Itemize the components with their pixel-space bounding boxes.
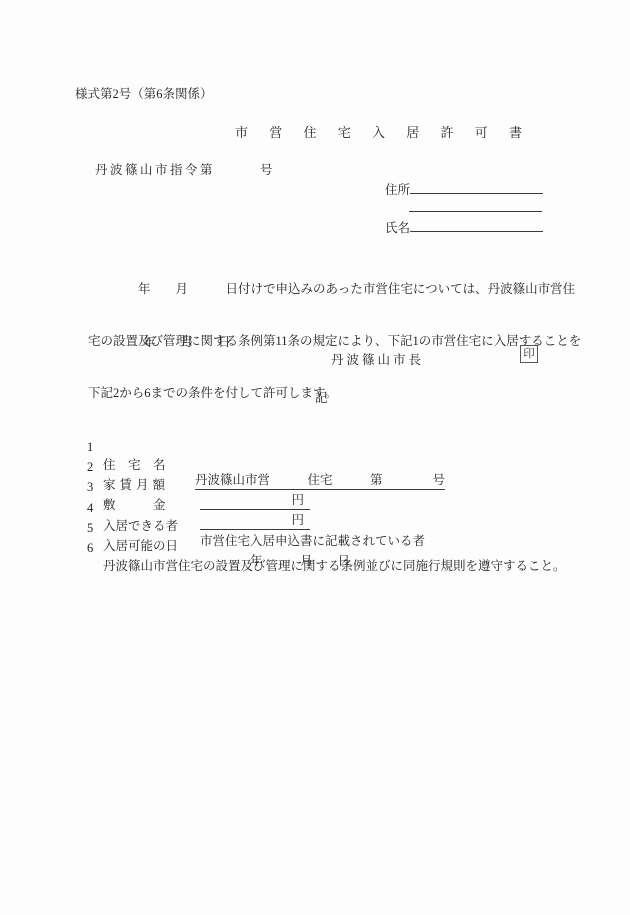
- list-item-housing-name: 1 住 宅 名 丹波篠山市営 住宅 第 号: [0, 425, 630, 445]
- body-line-3: 下記2から6までの条件を付して許可します。: [88, 385, 581, 407]
- page-title: 市 営 住 宅 入 居 許 可 書: [235, 122, 531, 141]
- list-item-move-in-date: 5 入居可能の日 年 月 日: [0, 506, 630, 526]
- list-item-compliance-clause: 6 丹波篠山市営住宅の設置及び管理に関する条例並びに同施行規則を遵守すること。: [0, 526, 630, 546]
- address-row: 住所: [385, 180, 543, 198]
- name-label: 氏名: [385, 221, 410, 235]
- name-fill-line: [410, 218, 543, 232]
- body-line-1: 年 月 日付けで申込みのあった市営住宅については、丹波篠山市営住: [88, 281, 581, 303]
- mayor-title: 丹波篠山市長: [331, 350, 424, 368]
- address-fill-line-1: [410, 180, 543, 194]
- list-item-eligible-person: 4 入居できる者 市営住宅入居申込書に記載されている者: [0, 486, 630, 506]
- list-item-monthly-rent: 2 家賃月額 円: [0, 445, 630, 465]
- permit-document-page: 様式第2号（第6条関係） 市 営 住 宅 入 居 許 可 書 丹波篠山市指令第 …: [0, 0, 630, 915]
- seal-stamp-box: 印: [520, 345, 538, 363]
- permit-conditions-list: 1 住 宅 名 丹波篠山市営 住宅 第 号 2 家賃月額 円 3 敷 金 円 4…: [0, 425, 630, 650]
- list-item-deposit: 3 敷 金 円: [0, 465, 630, 485]
- name-row: 氏名: [385, 218, 543, 236]
- directive-number-line: 丹波篠山市指令第 号: [95, 160, 275, 178]
- form-number: 様式第2号（第6条関係）: [75, 84, 213, 102]
- issue-date-line: 年 月 日: [143, 332, 231, 350]
- address-fill-line-2: [409, 198, 542, 212]
- compliance-clause-text: 丹波篠山市営住宅の設置及び管理に関する条例並びに同施行規則を遵守すること。: [103, 556, 566, 574]
- item-number: 6: [87, 541, 93, 556]
- section-marker: 記: [315, 388, 328, 406]
- address-label: 住所: [385, 183, 410, 197]
